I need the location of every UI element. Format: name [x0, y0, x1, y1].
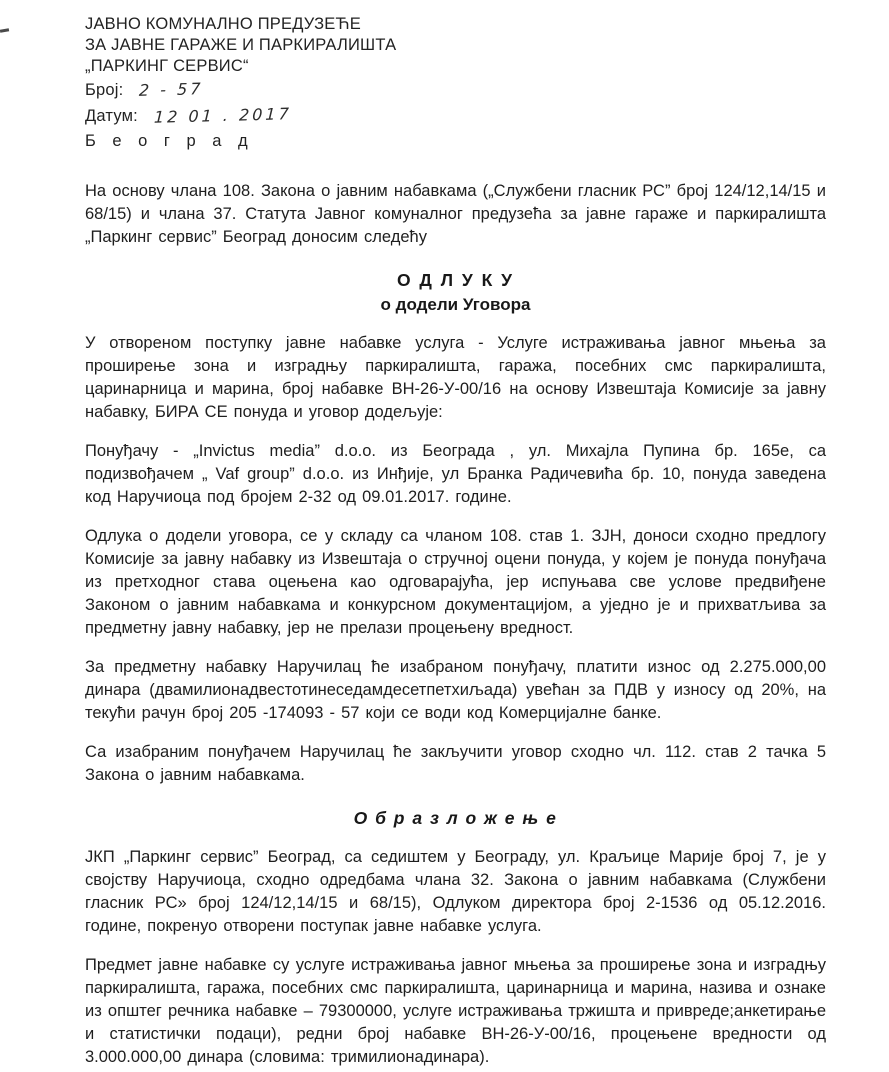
document-date-handwritten-value: 12 01 . 2017 — [153, 101, 292, 130]
document-date-label: Датум: — [85, 104, 138, 129]
letterhead: ЈАВНО КОМУНАЛНО ПРЕДУЗЕЋЕ ЗА ЈАВНЕ ГАРАЖ… — [85, 14, 826, 154]
scanned-page: ЈАВНО КОМУНАЛНО ПРЕДУЗЕЋЕ ЗА ЈАВНЕ ГАРАЖ… — [0, 0, 889, 1072]
decision-paragraph-procedure: У отвореном поступку јавне набавке услуг… — [85, 332, 826, 424]
document-number-row: Број: 2 - 57 — [85, 77, 826, 103]
decision-paragraph-amount: За предметну набавку Наручилац ће изабра… — [85, 656, 826, 725]
document-number-label: Број: — [85, 78, 123, 103]
explanation-paragraph-company: ЈКП „Паркинг сервис” Београд, са седиште… — [85, 846, 826, 938]
letterhead-city: Б е о г р а д — [85, 129, 826, 154]
company-name-line-3: „ПАРКИНГ СЕРВИС“ — [85, 56, 826, 77]
document-date-row: Датум: 12 01 . 2017 — [85, 103, 826, 129]
decision-paragraph-basis: Одлука о додели уговора, се у складу са … — [85, 525, 826, 640]
document-number-handwritten-value: 2 - 57 — [139, 76, 205, 103]
scan-artifact-mark — [0, 28, 9, 33]
document-body: ЈАВНО КОМУНАЛНО ПРЕДУЗЕЋЕ ЗА ЈАВНЕ ГАРАЖ… — [85, 14, 826, 1069]
company-name-line-1: ЈАВНО КОМУНАЛНО ПРЕДУЗЕЋЕ — [85, 14, 826, 35]
intro-paragraph: На основу члана 108. Закона о јавним наб… — [85, 180, 826, 249]
decision-paragraph-contract: Са изабраним понуђачем Наручилац ће закљ… — [85, 741, 826, 787]
explanation-paragraph-subject: Предмет јавне набавке су услуге истражив… — [85, 954, 826, 1069]
decision-title: О Д Л У К У — [85, 269, 826, 292]
decision-subtitle: о додели Уговора — [85, 293, 826, 316]
explanation-title: О б р а з л о ж е њ е — [85, 807, 826, 830]
document-page: { "colors": { "page_background": "#fffff… — [0, 0, 889, 1072]
company-name-line-2: ЗА ЈАВНЕ ГАРАЖЕ И ПАРКИРАЛИШТА — [85, 35, 826, 56]
decision-paragraph-bidder: Понуђачу - „Invictus media” d.o.o. из Бе… — [85, 440, 826, 509]
